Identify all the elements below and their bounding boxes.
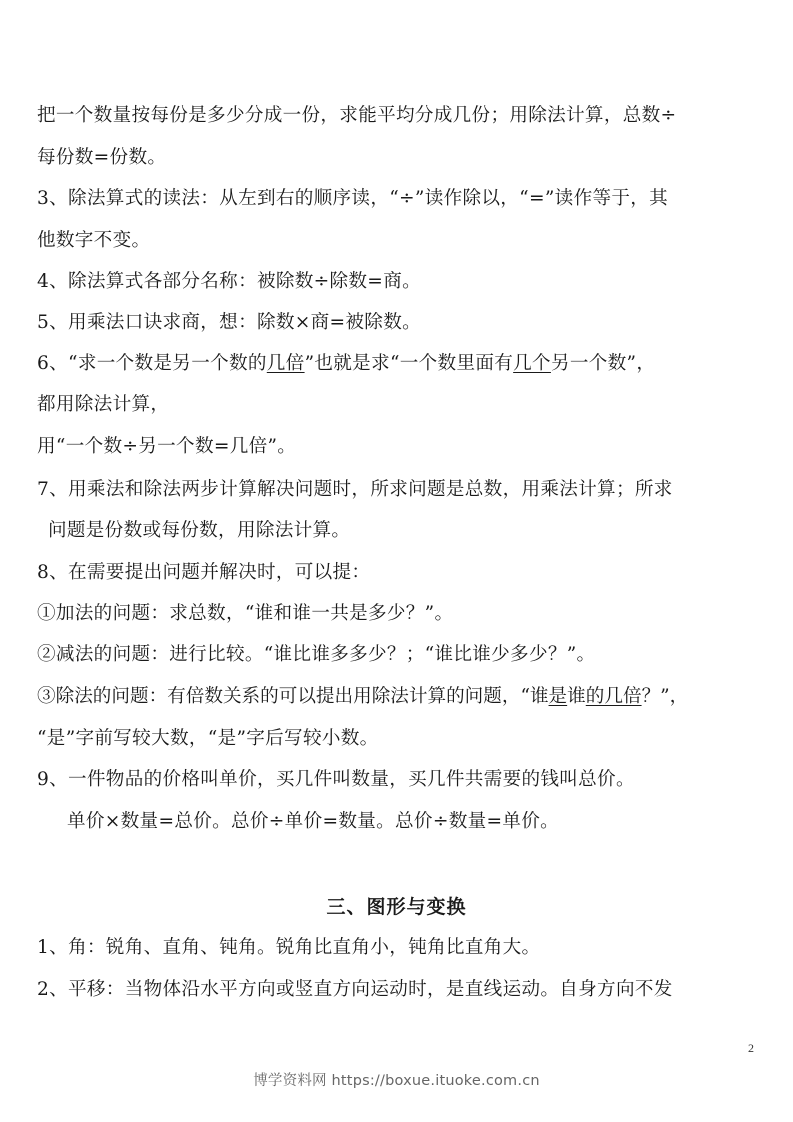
- text-line: 6、“求一个数是另一个数的几倍”也就是求“一个数里面有几个另一个数”，: [37, 352, 655, 376]
- text-line: ①加法的问题：求总数，“谁和谁一共是多少？”。: [37, 602, 453, 626]
- text-line: 单价×数量=总价。总价÷单价=数量。总价÷数量=单价。: [67, 810, 559, 834]
- text-segment: 6、“求一个数是另一个数的: [37, 353, 267, 374]
- section-heading: 三、图形与变换: [0, 895, 793, 919]
- text-line: 用“一个数÷另一个数=几倍”。: [37, 435, 296, 459]
- underlined-term: 几个: [513, 353, 551, 374]
- footer-watermark: 博学资料网 https://boxue.ituoke.com.cn: [0, 1069, 793, 1090]
- text-segment: ”也就是求“一个数里面有: [305, 353, 514, 374]
- text-line: 8、在需要提出问题并解决时，可以提：: [37, 561, 370, 585]
- text-line: 3、除法算式的读法：从左到右的顺序读，“÷”读作除以，“=”读作等于，其: [37, 187, 668, 211]
- text-line: 他数字不变。: [37, 229, 150, 253]
- text-line: ②减法的问题：进行比较。“谁比谁多多少？；“谁比谁少多少？”。: [37, 643, 595, 667]
- text-line: “是”字前写较大数，“是”字后写较小数。: [37, 727, 379, 751]
- text-line: 把一个数量按每份是多少分成一份，求能平均分成几份；用除法计算，总数÷: [37, 104, 676, 128]
- text-line: 都用除法计算，: [37, 393, 169, 417]
- text-line: 9、一件物品的价格叫单价，买几件叫数量，买几件共需要的钱叫总价。: [37, 768, 635, 792]
- text-line: 1、角：锐角、直角、钝角。锐角比直角小，钝角比直角大。: [37, 936, 540, 960]
- text-line: 4、除法算式各部分名称：被除数÷除数=商。: [37, 270, 421, 294]
- underlined-term: 是: [549, 686, 568, 707]
- text-line: 5、用乘法口诀求商，想：除数×商=被除数。: [37, 311, 421, 335]
- underlined-term: 几倍: [267, 353, 305, 374]
- text-segment: ？”，: [642, 686, 689, 707]
- page-number: 2: [748, 1041, 754, 1056]
- text-line: 每份数=份数。: [37, 146, 166, 170]
- text-line: 问题是份数或每份数，用除法计算。: [48, 519, 350, 543]
- text-segment: 谁: [567, 686, 586, 707]
- text-segment: ③除法的问题：有倍数关系的可以提出用除法计算的问题，“谁: [37, 686, 549, 707]
- text-line: 2、平移：当物体沿水平方向或竖直方向运动时，是直线运动。自身方向不发: [37, 978, 673, 1002]
- underlined-term: 的几倍: [586, 686, 642, 707]
- text-line: ③除法的问题：有倍数关系的可以提出用除法计算的问题，“谁是谁的几倍？”，: [37, 685, 688, 709]
- text-segment: 另一个数”，: [551, 353, 655, 374]
- text-line: 7、用乘法和除法两步计算解决问题时，所求问题是总数，用乘法计算；所求: [37, 478, 673, 502]
